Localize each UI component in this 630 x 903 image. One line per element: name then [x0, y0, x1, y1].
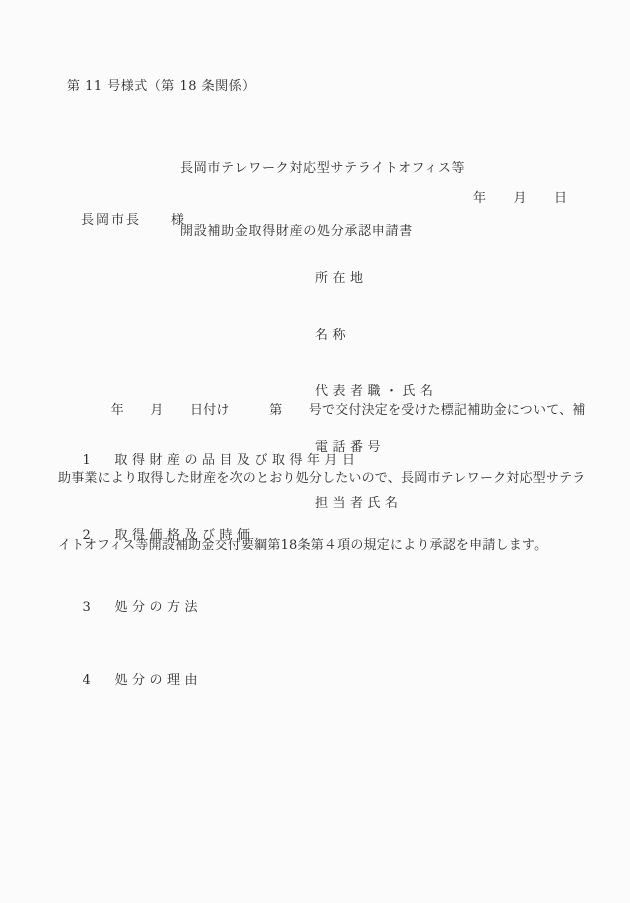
- item-label: 処分の理由: [115, 673, 203, 688]
- document-page: 第 11 号様式（第 18 条関係） 長岡市テレワーク対応型サテライトオフィス等…: [0, 0, 630, 903]
- date-blank-line: 年 月 日: [473, 191, 568, 207]
- item-label: 取得財産の品目及び取得年月日: [115, 453, 360, 468]
- addressee-line: 長岡市長 様: [81, 213, 186, 229]
- item-number: 1: [83, 453, 115, 469]
- list-item-acquisition-price: 2取得価格及び時価: [66, 512, 255, 559]
- form-number: 第 11 号様式（第 18 条関係）: [67, 79, 256, 95]
- applicant-field-name: 名称: [315, 327, 438, 346]
- list-item-acquired-property: 1取得財産の品目及び取得年月日: [66, 437, 360, 484]
- item-number: 3: [83, 600, 115, 616]
- item-number: 4: [83, 673, 115, 689]
- item-label: 取得価格及び時価: [115, 528, 255, 543]
- applicant-field-address: 所在地: [315, 270, 438, 289]
- document-title-line-1: 長岡市テレワーク対応型サテライトオフィス等: [180, 158, 465, 179]
- item-label: 処分の方法: [115, 600, 203, 615]
- item-number: 2: [83, 528, 115, 544]
- list-item-disposal-reason: 4処分の理由: [66, 657, 202, 704]
- list-item-disposal-method: 3処分の方法: [66, 584, 202, 631]
- body-paragraph-line-1: 年 月 日付け 第 号で交付決定を受けた標記補助金について、補: [58, 400, 578, 423]
